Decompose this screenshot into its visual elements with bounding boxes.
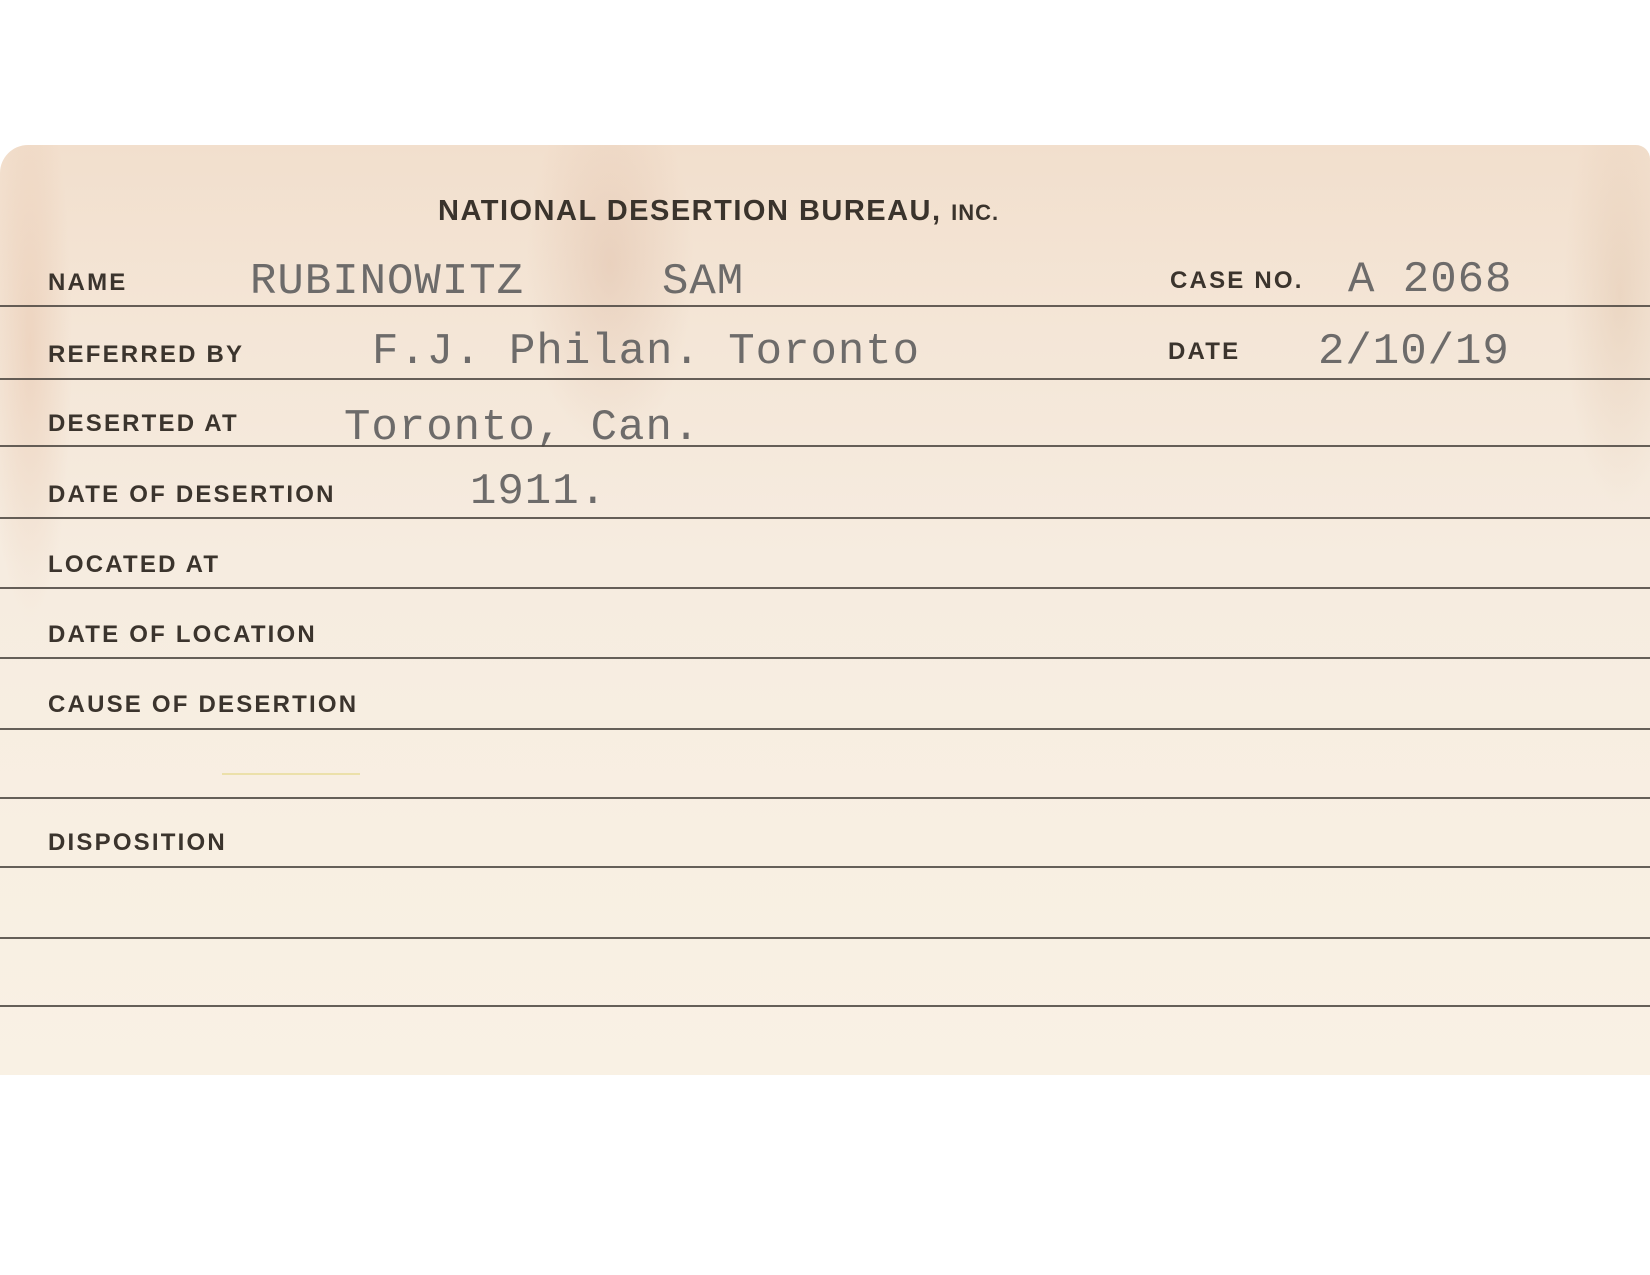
located-at-label: LOCATED AT (48, 551, 220, 579)
date-of-desertion-label: DATE OF DESERTION (48, 481, 336, 509)
case-no-value: A 2068 (1348, 255, 1512, 305)
case-no-label: CASE NO. (1170, 267, 1304, 295)
name-label: NAME (48, 269, 127, 297)
disposition-label: DISPOSITION (48, 829, 227, 857)
rule-line (0, 866, 1650, 868)
date-of-desertion-value: 1911. (470, 467, 607, 517)
rule-line (0, 378, 1650, 380)
card-title: NATIONAL DESERTION BUREAU, INC. (438, 195, 999, 228)
cause-of-desertion-label: CAUSE OF DESERTION (48, 691, 358, 719)
referred-by-label: REFERRED BY (48, 341, 244, 369)
rule-line (0, 445, 1650, 447)
name-last-value: RUBINOWITZ (250, 257, 524, 307)
deserted-at-label: DESERTED AT (48, 410, 239, 438)
date-of-location-label: DATE OF LOCATION (48, 621, 317, 649)
index-card: NATIONAL DESERTION BUREAU, INC. NAME RUB… (0, 145, 1650, 1075)
date-label: DATE (1168, 338, 1240, 366)
rule-line (0, 305, 1650, 307)
date-value: 2/10/19 (1318, 327, 1510, 377)
rule-line (0, 517, 1650, 519)
rule-line (0, 728, 1650, 730)
referred-by-value: F.J. Philan. Toronto (372, 327, 920, 377)
faint-mark (222, 773, 360, 775)
bureau-name: NATIONAL DESERTION BUREAU (438, 195, 932, 227)
rule-line (0, 937, 1650, 939)
rule-line (0, 657, 1650, 659)
bureau-suffix: INC. (951, 200, 999, 225)
name-first-value: SAM (662, 257, 744, 307)
rule-line (0, 1005, 1650, 1007)
rule-line (0, 797, 1650, 799)
rule-line (0, 587, 1650, 589)
